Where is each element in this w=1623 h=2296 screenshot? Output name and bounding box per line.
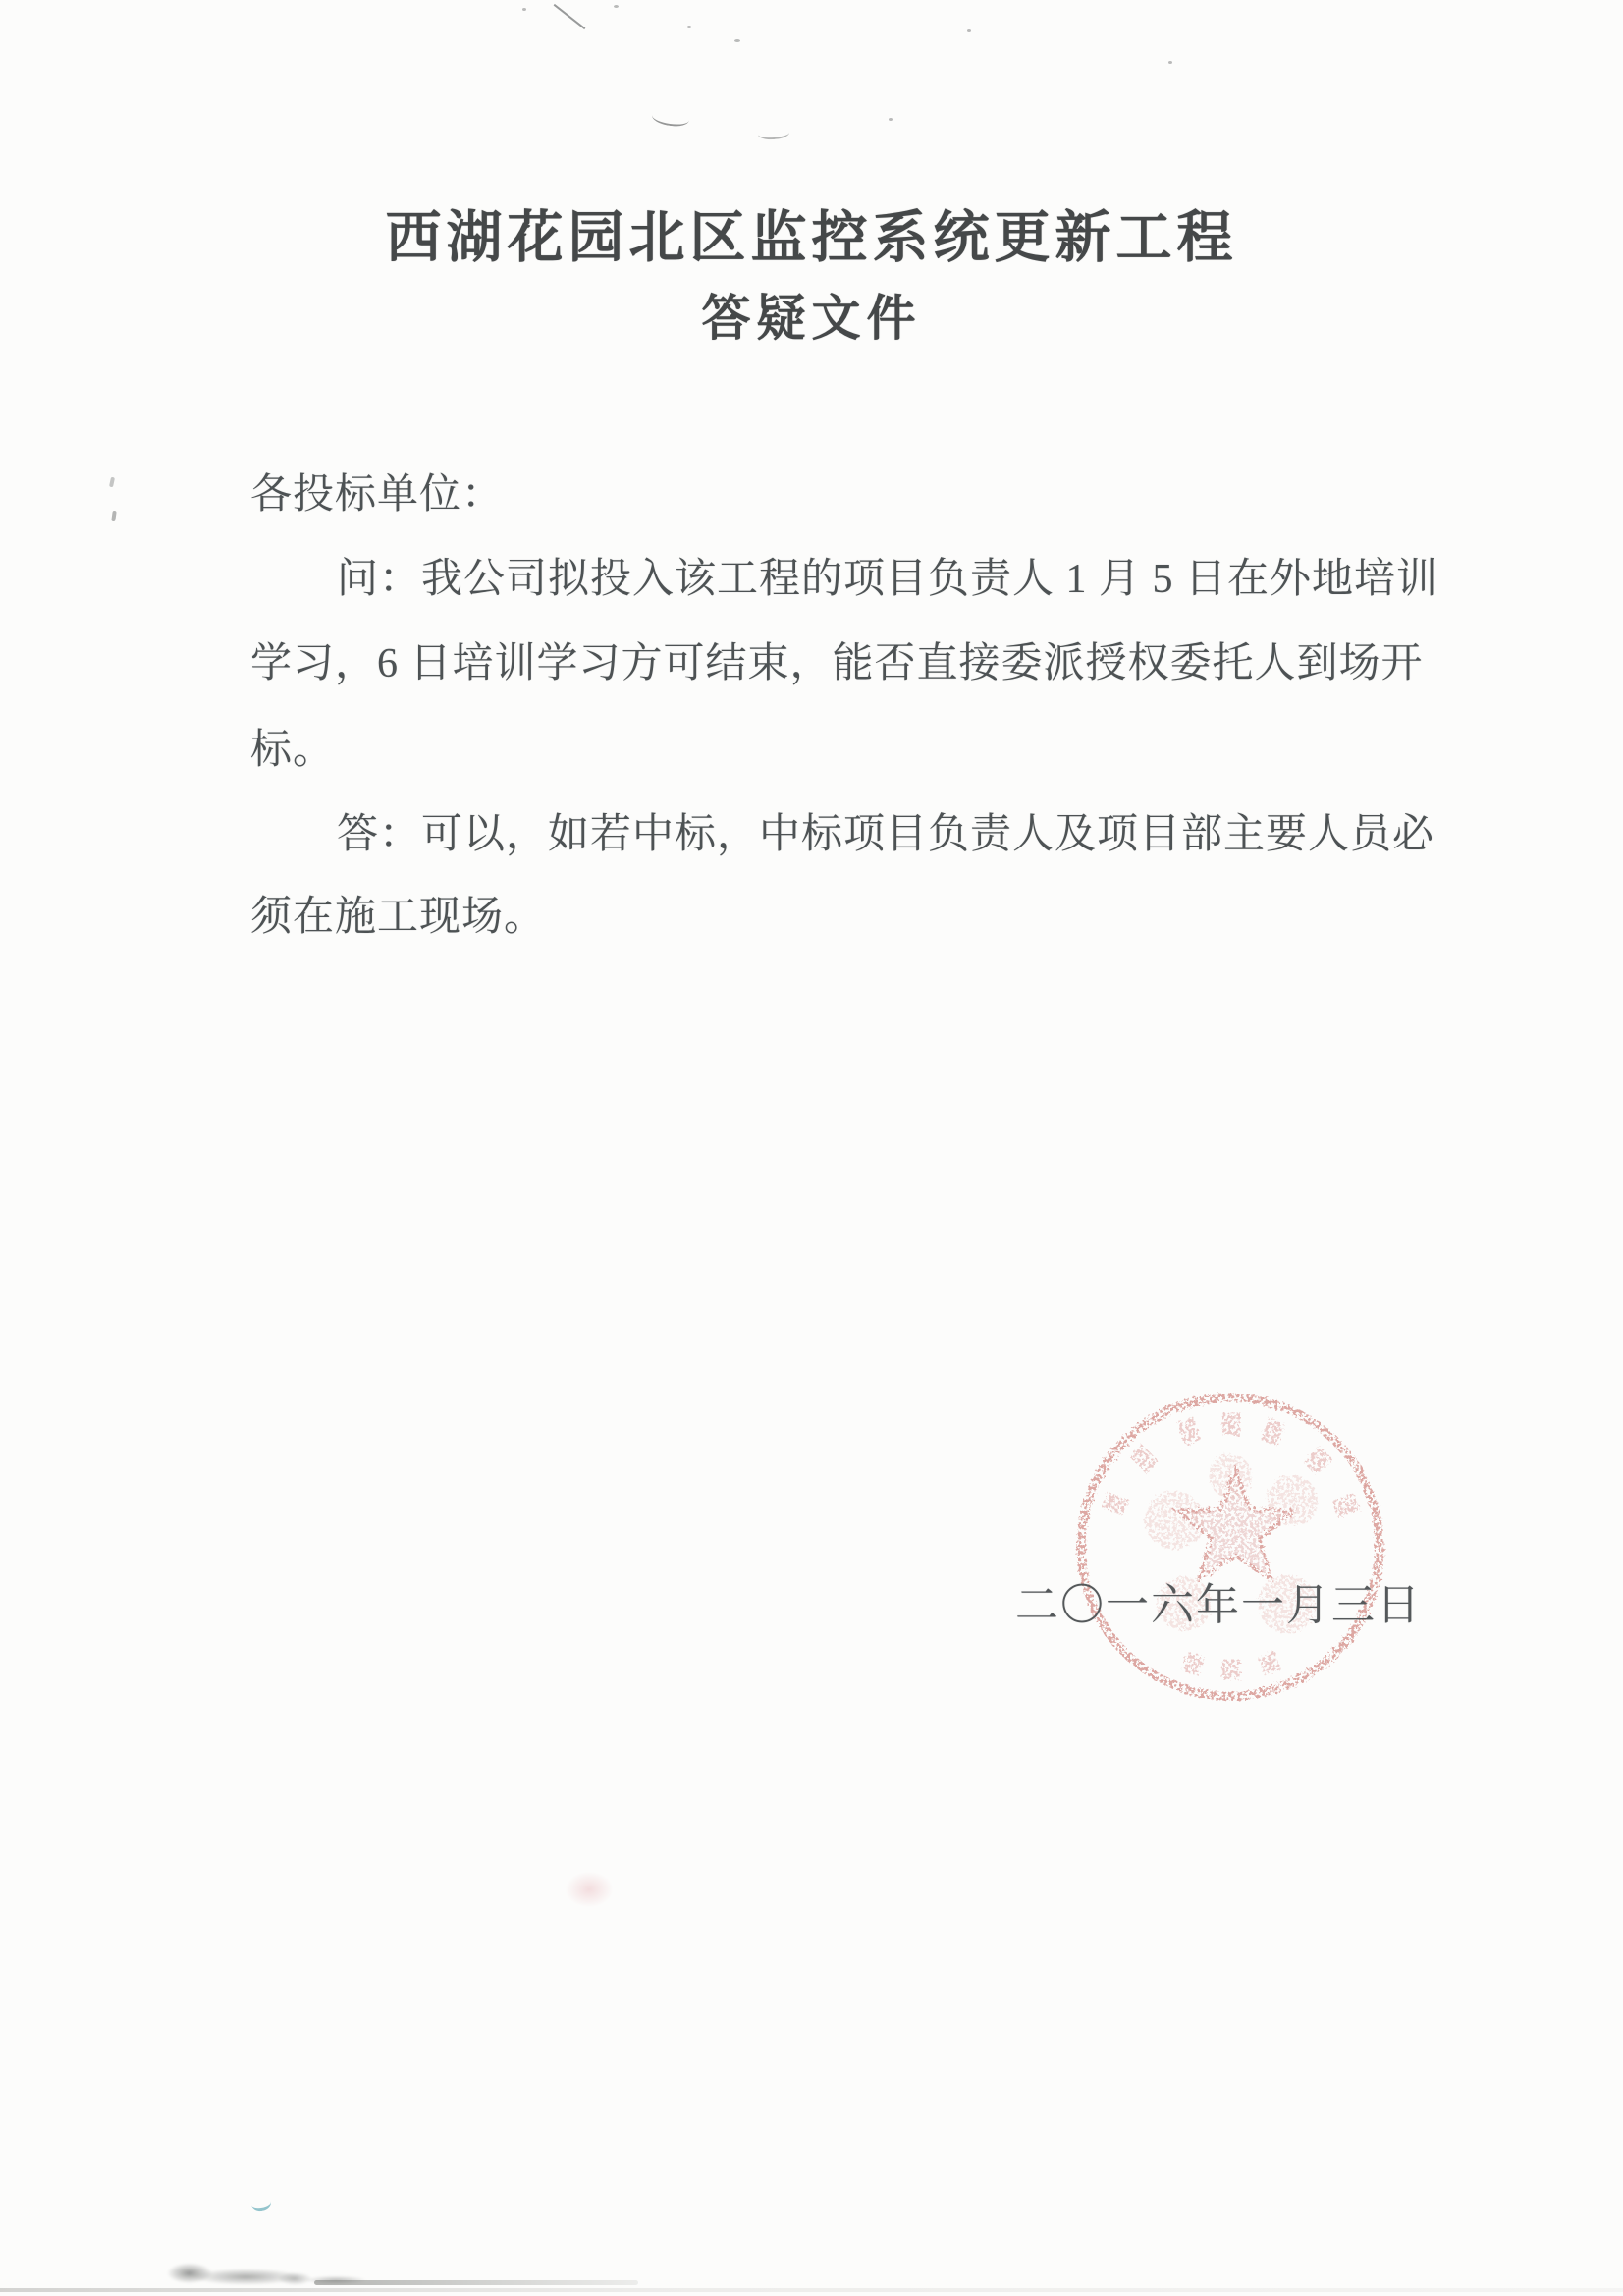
- answer-line-2: 须在施工现场。: [250, 884, 546, 943]
- question-line-1: 问：我公司拟投入该工程的项目负责人 1 月 5 日在外地培训: [337, 546, 1438, 605]
- scan-speck-artifact: [889, 118, 893, 121]
- scan-scratch-artifact: [651, 107, 690, 128]
- scan-smudge-artifact: [157, 2251, 319, 2288]
- scan-edge-shadow: [0, 2288, 1623, 2292]
- scan-speck-artifact: [1168, 61, 1172, 64]
- scan-ink-mark-artifact: [250, 2194, 272, 2212]
- scan-smudge-artifact: [295, 2267, 432, 2286]
- question-line-3: 标。: [250, 717, 335, 776]
- scan-speck-artifact: [967, 29, 971, 32]
- official-seal-stamp-icon: [1066, 1383, 1395, 1712]
- scan-speck-artifact: [522, 8, 526, 11]
- scanned-document-page: 西湖花园北区监控系统更新工程 答疑文件 各投标单位： 问：我公司拟投入该工程的项…: [0, 0, 1623, 2296]
- scan-speck-artifact: [734, 39, 740, 42]
- scan-speck-artifact: [687, 26, 691, 28]
- scan-scratch-artifact: [554, 4, 586, 29]
- answer-line-1: 答：可以，如若中标，中标项目负责人及项目部主要人员必: [337, 801, 1434, 860]
- scan-smudge-artifact: [555, 1864, 623, 1915]
- scan-speck-artifact: [109, 477, 115, 488]
- salutation-line: 各投标单位：: [250, 462, 504, 520]
- scan-speck-artifact: [111, 511, 116, 521]
- question-line-2: 学习，6 日培训学习方可结束，能否直接委派授权委托人到场开: [250, 630, 1424, 689]
- scan-streak-artifact: [314, 2280, 638, 2285]
- page-title-line-1: 西湖花园北区监控系统更新工程: [0, 192, 1623, 273]
- date-line: 二〇一六年一月三日: [1015, 1569, 1422, 1632]
- page-title-line-2: 答疑文件: [0, 279, 1623, 350]
- scan-scratch-artifact: [758, 127, 790, 140]
- scan-speck-artifact: [614, 5, 619, 8]
